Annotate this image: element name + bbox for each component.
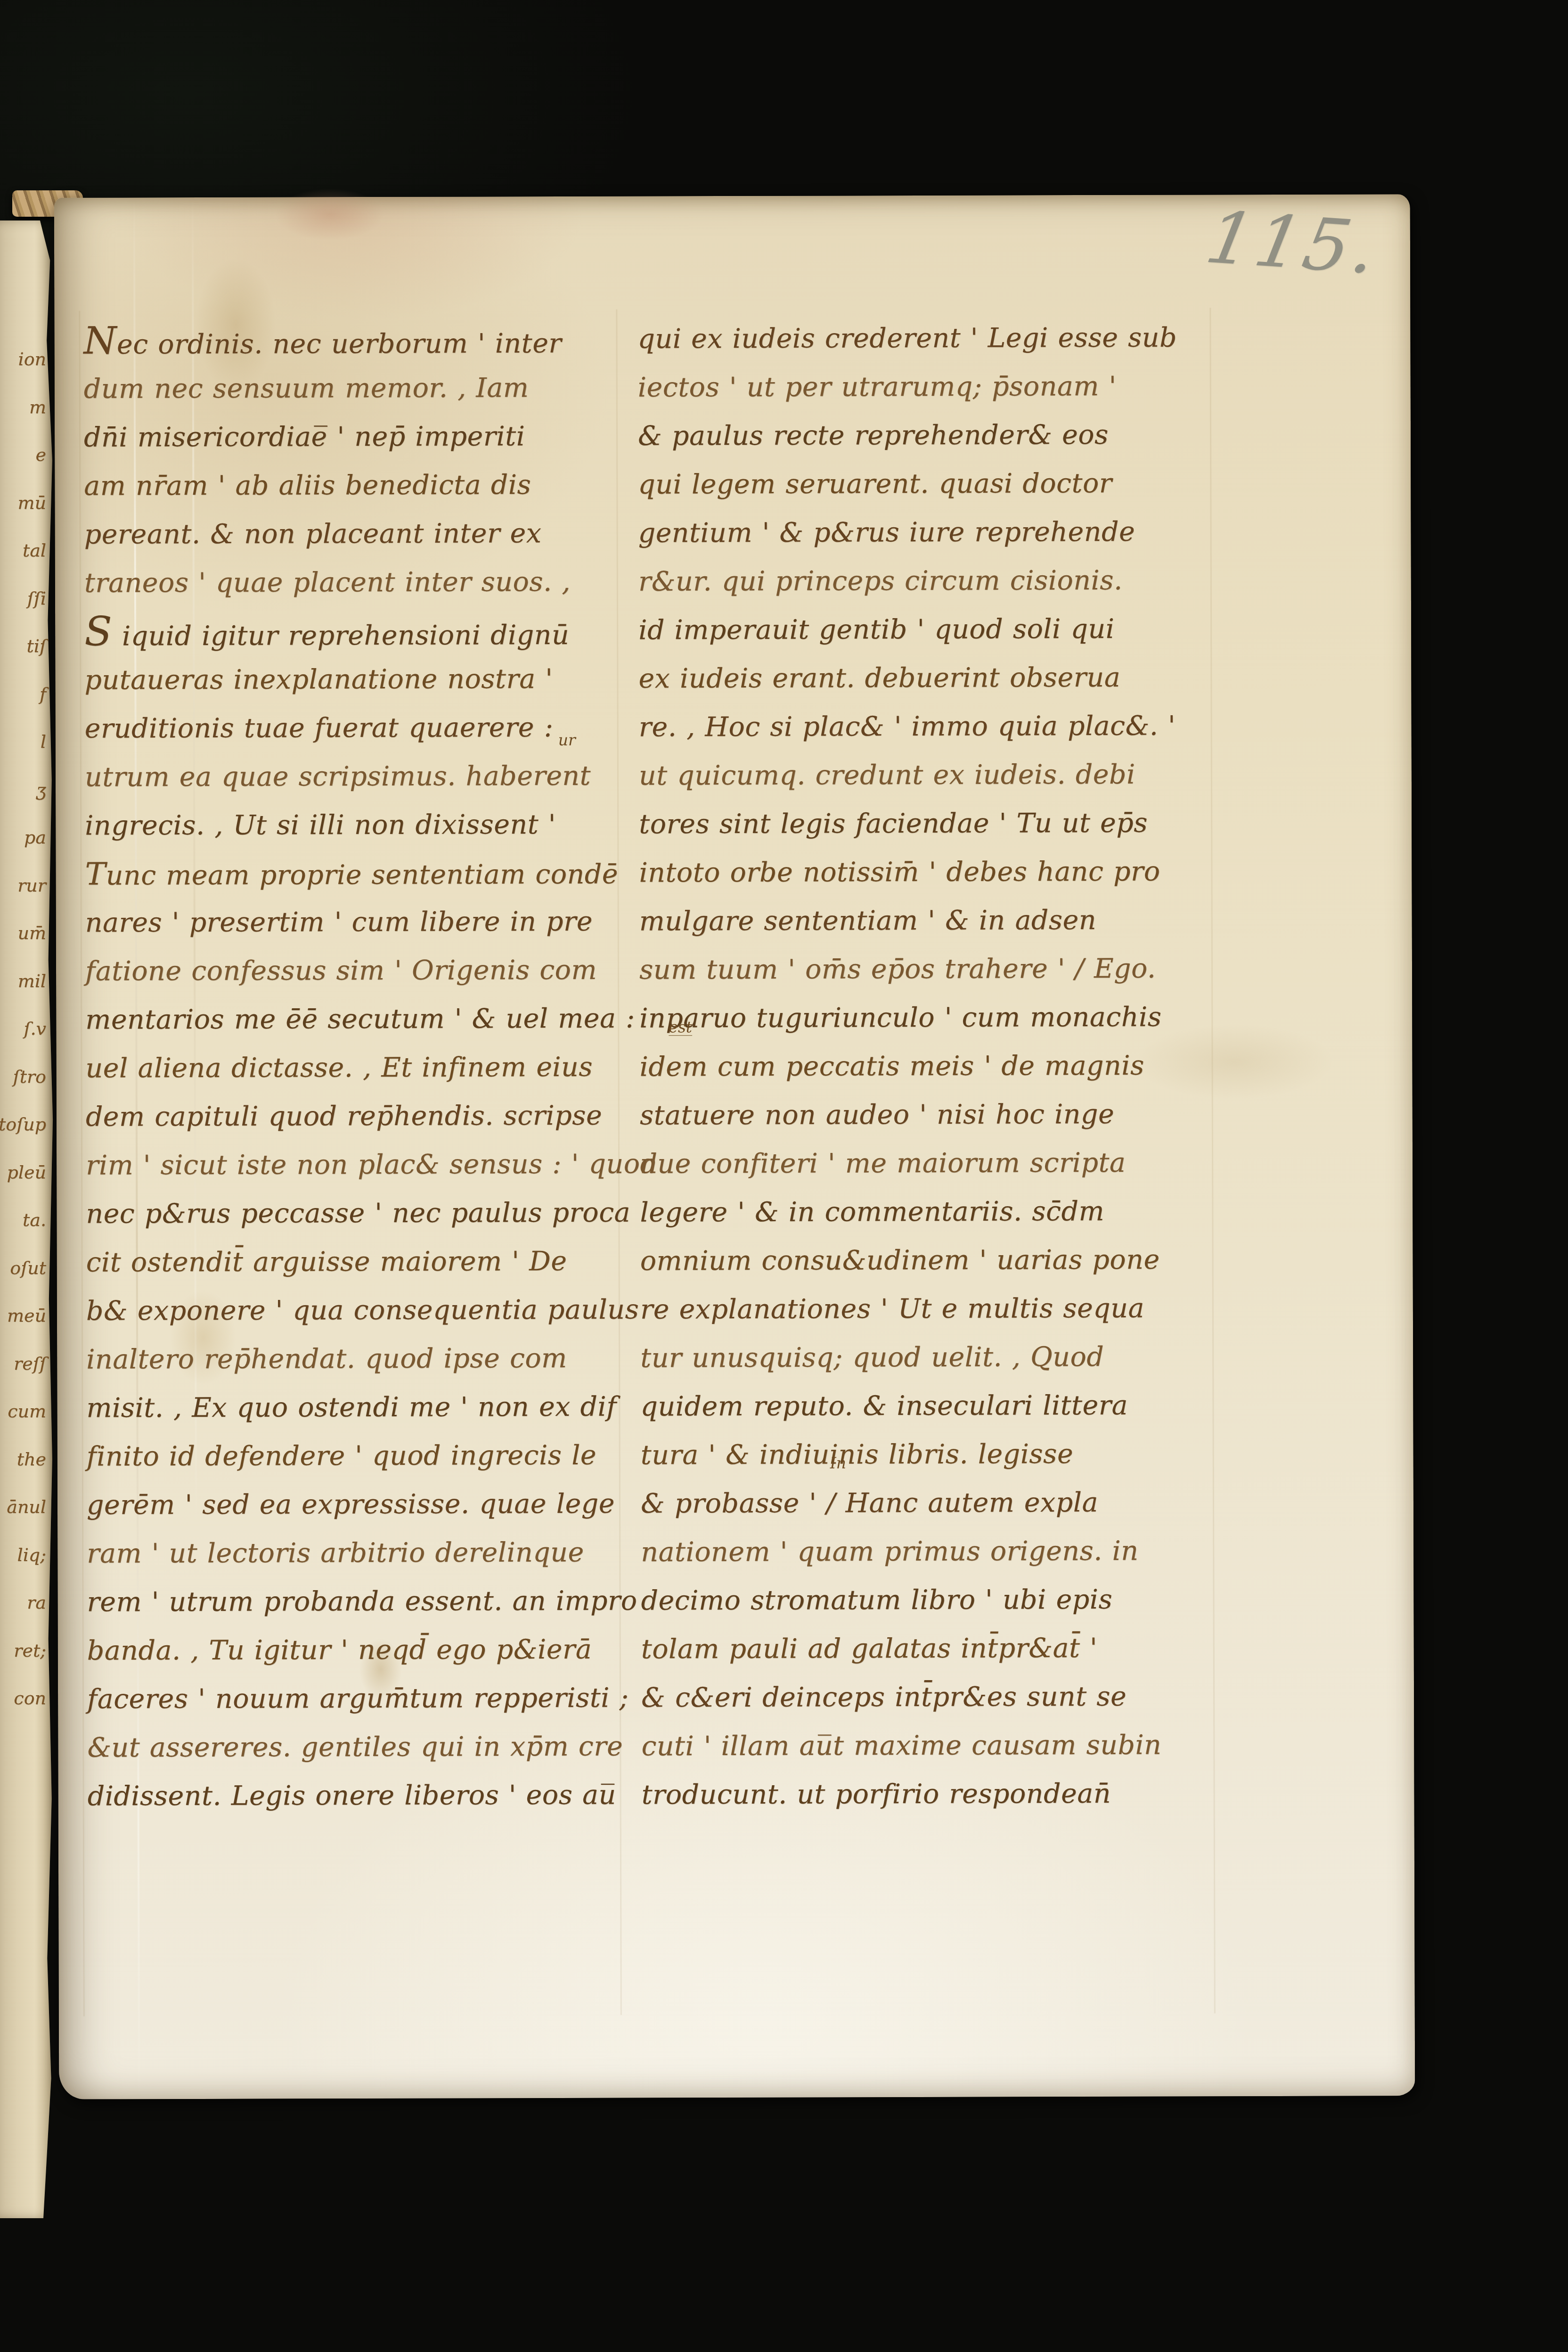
edge-fragment: ſtro (13, 1066, 46, 1087)
edge-fragment: ret; (14, 1640, 46, 1661)
column-left: Nec ordinis. nec uerborum ' interdum nec… (83, 315, 643, 1821)
interlinear-note: In (830, 1454, 846, 1472)
edge-fragment: pa (24, 827, 46, 848)
text-line: tura ' & indiuinis libris. legisse (641, 1429, 1204, 1479)
text-line: ex iudeis erant. debuerint obserua (638, 653, 1201, 703)
text-line: omnium consu&udinem ' uarias pone (640, 1235, 1203, 1285)
interlinear-note: ur (558, 731, 576, 749)
text-line: inaltero rep̄hendat. quod ipse com (86, 1334, 642, 1384)
text-line: dum nec sensuum memor. , Iam (84, 364, 640, 414)
text-line: dn̄i misericordiae̅ ' nep̄ imperiti (84, 412, 640, 462)
text-line: legere ' & in commentariis. sc̄dm (640, 1187, 1203, 1237)
text-line: utrum ea quae scripsimus. haberent (85, 752, 641, 802)
text-line: ingrecis. , Ut si illi non dixissent ' (85, 800, 641, 850)
text-line: nationem ' quam primus origens. in (641, 1527, 1204, 1576)
text-line: nares ' presertim ' cum libere in pre (85, 898, 641, 947)
edge-fragment: e (36, 444, 47, 465)
text-line: traneos ' quae placent inter suos. , (84, 558, 640, 608)
text-line: Nec ordinis. nec uerborum ' inter (83, 315, 639, 365)
text-line: statuere non audeo ' nisi hoc inge (640, 1090, 1203, 1140)
text-line: & probasse ' / Hanc autem expla (641, 1478, 1204, 1528)
text-line: troducunt. ut porfirio respondean̄ (641, 1769, 1204, 1819)
edge-fragment: l (41, 731, 46, 752)
text-line: pereant. & non placeant inter ex (84, 509, 640, 559)
text-line: decimo stromatum libro ' ubi epis (641, 1575, 1204, 1625)
text-line: tores sint legis faciendae ' Tu ut ep̄s (639, 799, 1202, 849)
text-line: re. , Hoc si plac& ' immo quia plac&. ' (639, 702, 1202, 751)
text-line: mentarios me ēē secutum ' & uel mea : (85, 995, 641, 1045)
edge-fragment: um̄ (17, 923, 46, 943)
text-line: inparuo tuguriunculo ' cum monachis (639, 993, 1202, 1043)
text-line: quidem reputo. & inseculari littera (640, 1381, 1203, 1431)
edge-fragment: pleū (7, 1162, 46, 1183)
edge-fragment: con (14, 1688, 46, 1708)
edge-fragment: meū (7, 1305, 46, 1326)
text-line: nec p&rus peccasse ' nec paulus proca (86, 1189, 642, 1239)
edge-fragment: ion (18, 349, 46, 369)
text-line: finito id defendere ' quod ingrecis le (87, 1431, 643, 1481)
edge-fragment: cum (8, 1401, 46, 1421)
text-line: nue confiteri ' me maiorum scripta (640, 1138, 1203, 1188)
text-line: tur unusquisq; quod uelit. , Quod (640, 1332, 1203, 1382)
edge-fragment: liq; (17, 1544, 46, 1565)
edge-fragment: ſ.v (24, 1018, 46, 1039)
edge-fragment: m (29, 397, 46, 417)
manuscript-photo: ionmemūtalſſitiſflʒparurum̄milſ.vſtrotoſ… (0, 0, 1568, 2352)
edge-fragment: mil (18, 971, 46, 991)
edge-fragment: f (40, 684, 46, 704)
parchment-page: 115. Nec ordinis. nec uerborum ' interdu… (54, 194, 1415, 2099)
text-line: iectos ' ut per utrarumq; p̄sonam ' (638, 362, 1201, 412)
text-line: gentium ' & p&rus iure reprehende (638, 507, 1201, 557)
text-line: tolam pauli ad galatas int̄pr&at̄ ' (641, 1624, 1204, 1674)
parchment-stain (276, 188, 384, 241)
text-line: cit ostendit̄ arguisse maiorem ' De (86, 1237, 642, 1287)
folio-number: 115. (1200, 196, 1386, 290)
text-line: intoto orbe notissim̄ ' debes hanc pro (639, 847, 1202, 897)
text-line: b& exponere ' qua consequentia paulus (86, 1286, 642, 1336)
edge-fragment: toſup (0, 1114, 46, 1135)
text-line: r&ur. qui princeps circum cisionis. (638, 556, 1201, 606)
edge-fragment: mū (17, 492, 46, 513)
interlinear-note: est (669, 1018, 692, 1036)
edge-fragment: tal (23, 540, 46, 561)
text-line: dem capituli quod rep̄hendis. scripse (86, 1092, 642, 1142)
edge-fragment: rur (17, 875, 46, 896)
text-line: re explanationes ' Ut e multis sequa (640, 1284, 1203, 1334)
edge-fragment: ʒ (36, 779, 46, 800)
text-line: & paulus recte reprehender& eos (638, 410, 1201, 460)
edge-fragment: ra (27, 1592, 46, 1613)
edge-fragment: ta. (23, 1209, 46, 1230)
text-line: sum tuum ' om̄s ep̄os trahere ' / Ego. (639, 944, 1202, 994)
text-line: am nr̄am ' ab aliis benedicta dis (84, 461, 640, 511)
edge-fragment: tiſ (27, 636, 47, 656)
text-line: qui ex iudeis crederent ' Legi esse sub (637, 313, 1200, 363)
edge-fragment: the (17, 1449, 46, 1470)
text-line: didissent. Legis onere liberos ' eos au̅ (87, 1771, 643, 1821)
edge-fragment: ānul (7, 1496, 46, 1517)
text-line: idem cum peccatis meis ' de magnis (639, 1041, 1202, 1091)
text-line: gerēm ' sed ea expressisse. quae lege (87, 1480, 643, 1530)
text-line: rem ' utrum probanda essent. an impro (87, 1577, 643, 1627)
text-line: id imperauit gentib ' quod soli qui (638, 604, 1201, 654)
edge-fragment: reſſ (14, 1353, 46, 1374)
text-line: banda. , Tu igitur ' neqd̄ ego p&ierā (87, 1625, 643, 1675)
text-line: uel aliena dictasse. , Et infinem eius (85, 1043, 641, 1093)
text-line: Tunc meam proprie sententiam condē (85, 849, 641, 899)
text-line: qui legem seruarent. quasi doctor (638, 459, 1201, 509)
edge-fragment: oſut (10, 1258, 46, 1278)
text-line: ut quicumq. credunt ex iudeis. debi (639, 750, 1202, 800)
text-line: cuti ' illam au̅t maxime causam subin (641, 1721, 1204, 1771)
text-line: putaueras inexplanatione nostra ' (84, 655, 640, 705)
text-line: ram ' ut lectoris arbitrio derelinque (87, 1528, 643, 1578)
text-line: rim ' sicut iste non plac& sensus : ' qu… (86, 1140, 642, 1190)
column-right: qui ex iudeis crederent ' Legi esse subi… (637, 313, 1204, 1819)
edge-fragment: ſſi (27, 588, 46, 609)
text-line: & c&eri deinceps int̄pr&es sunt se (641, 1672, 1204, 1722)
text-line: &ut assereres. gentiles qui in xp̄m cre (87, 1723, 643, 1772)
text-line: S iquid igitur reprehensioni dignū (84, 606, 640, 656)
text-line: fatione confessus sim ' Origenis com (85, 946, 641, 996)
text-line: mulgare sententiam ' & in adsen (639, 896, 1202, 946)
text-block: Nec ordinis. nec uerborum ' interdum nec… (83, 313, 1214, 1890)
text-line: eruditionis tuae fuerat quaerere : (85, 703, 641, 753)
text-line: misit. , Ex quo ostendi me ' non ex dif (86, 1383, 642, 1433)
text-line: faceres ' nouum argum̄tum repperisti ; (87, 1674, 643, 1724)
previous-page-edge: ionmemūtalſſitiſflʒparurum̄milſ.vſtrotoſ… (0, 220, 56, 2218)
